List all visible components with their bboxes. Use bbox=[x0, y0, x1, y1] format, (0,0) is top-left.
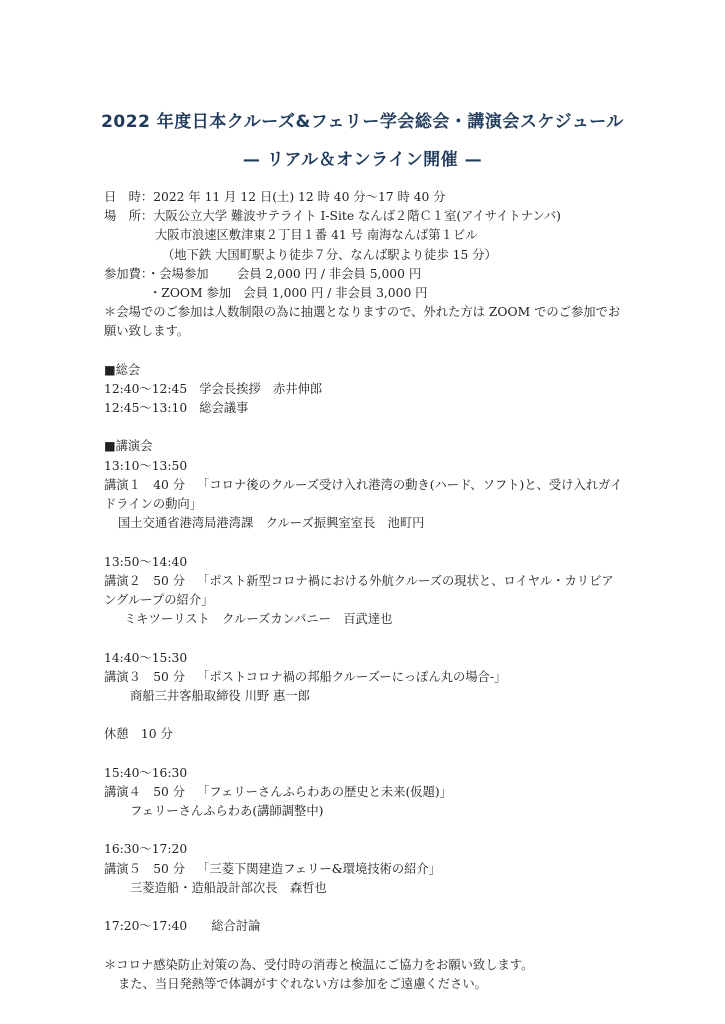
break-row: 休憩 10 分 bbox=[104, 725, 624, 744]
schedule-time: 12:45～13:10 bbox=[104, 401, 187, 415]
datetime-label: 日 時： bbox=[104, 190, 153, 204]
page-title: 2022 年度日本クルーズ&フェリー学会総会・講演会スケジュール bbox=[0, 107, 725, 132]
schedule-row: 12:45～13:10総会議事 bbox=[104, 399, 624, 418]
lecture-title-row: 講演５ 50 分「三菱下関建造フェリー&環境技術の紹介」 bbox=[104, 860, 624, 879]
schedule-row: 12:40～12:45学会長挨拶 赤井伸郎 bbox=[104, 380, 624, 399]
lecture-speaker: 三菱造船・造船設計部次長 森哲也 bbox=[104, 879, 624, 898]
lecture-time: 16:30～17:20 bbox=[104, 840, 624, 859]
lecture-label: 講演５ 50 分 bbox=[104, 862, 185, 876]
lecture-title-row: 講演１ 40 分「コロナ後のクルーズ受け入れ港湾の動き(ハード、ソフト)と、受け… bbox=[104, 476, 624, 514]
attendance-note: ＊会場でのご参加は人数制限の為に抽選となりますので、外れた方は ZOOM でのご… bbox=[104, 303, 624, 341]
venue-line1: 大阪公立大学 難波サテライト I-Site なんば２階Ｃ１室(アイサイトナンバ) bbox=[153, 209, 561, 223]
fee-label: 参加費： bbox=[104, 267, 147, 281]
section-heading-lectures: ■講演会 bbox=[104, 437, 624, 456]
lecture-title: 「ポストコロナ禍の邦船クルーズーにっぽん丸の場合-」 bbox=[197, 670, 506, 684]
schedule-time: 12:40～12:45 bbox=[104, 382, 187, 396]
lecture-time: 13:10～13:50 bbox=[104, 457, 624, 476]
lecture-title: 「三菱下関建造フェリー&環境技術の紹介」 bbox=[197, 862, 441, 876]
covid-note-line2: また、当日発熱等で体調がすぐれない方は参加をご遠慮ください。 bbox=[104, 975, 624, 994]
lecture-title: 「フェリーさんふらわあの歴史と未来(仮題)」 bbox=[197, 785, 452, 799]
lecture-title-row: 講演４ 50 分「フェリーさんふらわあの歴史と未来(仮題)」 bbox=[104, 783, 624, 802]
section-heading-general-meeting: ■総会 bbox=[104, 361, 624, 380]
lecture-time: 15:40～16:30 bbox=[104, 764, 624, 783]
lecture-label: 講演１ 40 分 bbox=[104, 478, 185, 492]
page-subtitle: — リアル＆オンライン開催 — bbox=[0, 145, 725, 170]
lecture-speaker: 商船三井客船取締役 川野 惠一郎 bbox=[104, 687, 624, 706]
lecture-title-row: 講演２ 50 分「ポスト新型コロナ禍における外航クルーズの現状と、ロイヤル・カリ… bbox=[104, 572, 624, 610]
document-body: 日 時：2022 年 11 月 12 日(土) 12 時 40 分～17 時 4… bbox=[104, 188, 624, 994]
discussion-row: 17:20～17:40総合討論 bbox=[104, 917, 624, 936]
venue-access: （地下鉄 大国町駅より徒歩７分、なんば駅より徒歩 15 分） bbox=[104, 246, 624, 265]
datetime-value: 2022 年 11 月 12 日(土) 12 時 40 分～17 時 40 分 bbox=[153, 190, 445, 204]
lecture-label: 講演２ 50 分 bbox=[104, 574, 185, 588]
discussion-label: 総合討論 bbox=[211, 919, 260, 933]
lecture-label: 講演４ 50 分 bbox=[104, 785, 185, 799]
schedule-content: 学会長挨拶 赤井伸郎 bbox=[199, 382, 322, 396]
fee-zoom: ・ZOOM 参加 会員 1,000 円 / 非会員 3,000 円 bbox=[104, 284, 624, 303]
venue-address: 大阪市浪速区敷津東２丁目１番 41 号 南海なんば第１ビル bbox=[104, 226, 624, 245]
datetime-row: 日 時：2022 年 11 月 12 日(土) 12 時 40 分～17 時 4… bbox=[104, 188, 624, 207]
fee-row: 参加費：・会場参加 会員 2,000 円 / 非会員 5,000 円 bbox=[104, 265, 624, 284]
fee-onsite: ・会場参加 会員 2,000 円 / 非会員 5,000 円 bbox=[147, 267, 421, 281]
schedule-content: 総会議事 bbox=[199, 401, 248, 415]
lecture-label: 講演３ 50 分 bbox=[104, 670, 185, 684]
lecture-speaker: 国土交通省港湾局港湾課 クルーズ振興室室長 池町円 bbox=[104, 514, 624, 533]
lecture-speaker: フェリーさんふらわあ(講師調整中) bbox=[104, 802, 624, 821]
lecture-time: 14:40～15:30 bbox=[104, 649, 624, 668]
venue-row: 場 所：大阪公立大学 難波サテライト I-Site なんば２階Ｃ１室(アイサイト… bbox=[104, 207, 624, 226]
lecture-time: 13:50～14:40 bbox=[104, 553, 624, 572]
lecture-title-row: 講演３ 50 分「ポストコロナ禍の邦船クルーズーにっぽん丸の場合-」 bbox=[104, 668, 624, 687]
covid-note-line1: ＊コロナ感染防止対策の為、受付時の消毒と検温にご協力をお願い致します。 bbox=[104, 956, 624, 975]
venue-label: 場 所： bbox=[104, 209, 153, 223]
discussion-time: 17:20～17:40 bbox=[104, 919, 187, 933]
lecture-speaker: ミキツーリスト クルーズカンパニー 百武達也 bbox=[104, 610, 624, 629]
